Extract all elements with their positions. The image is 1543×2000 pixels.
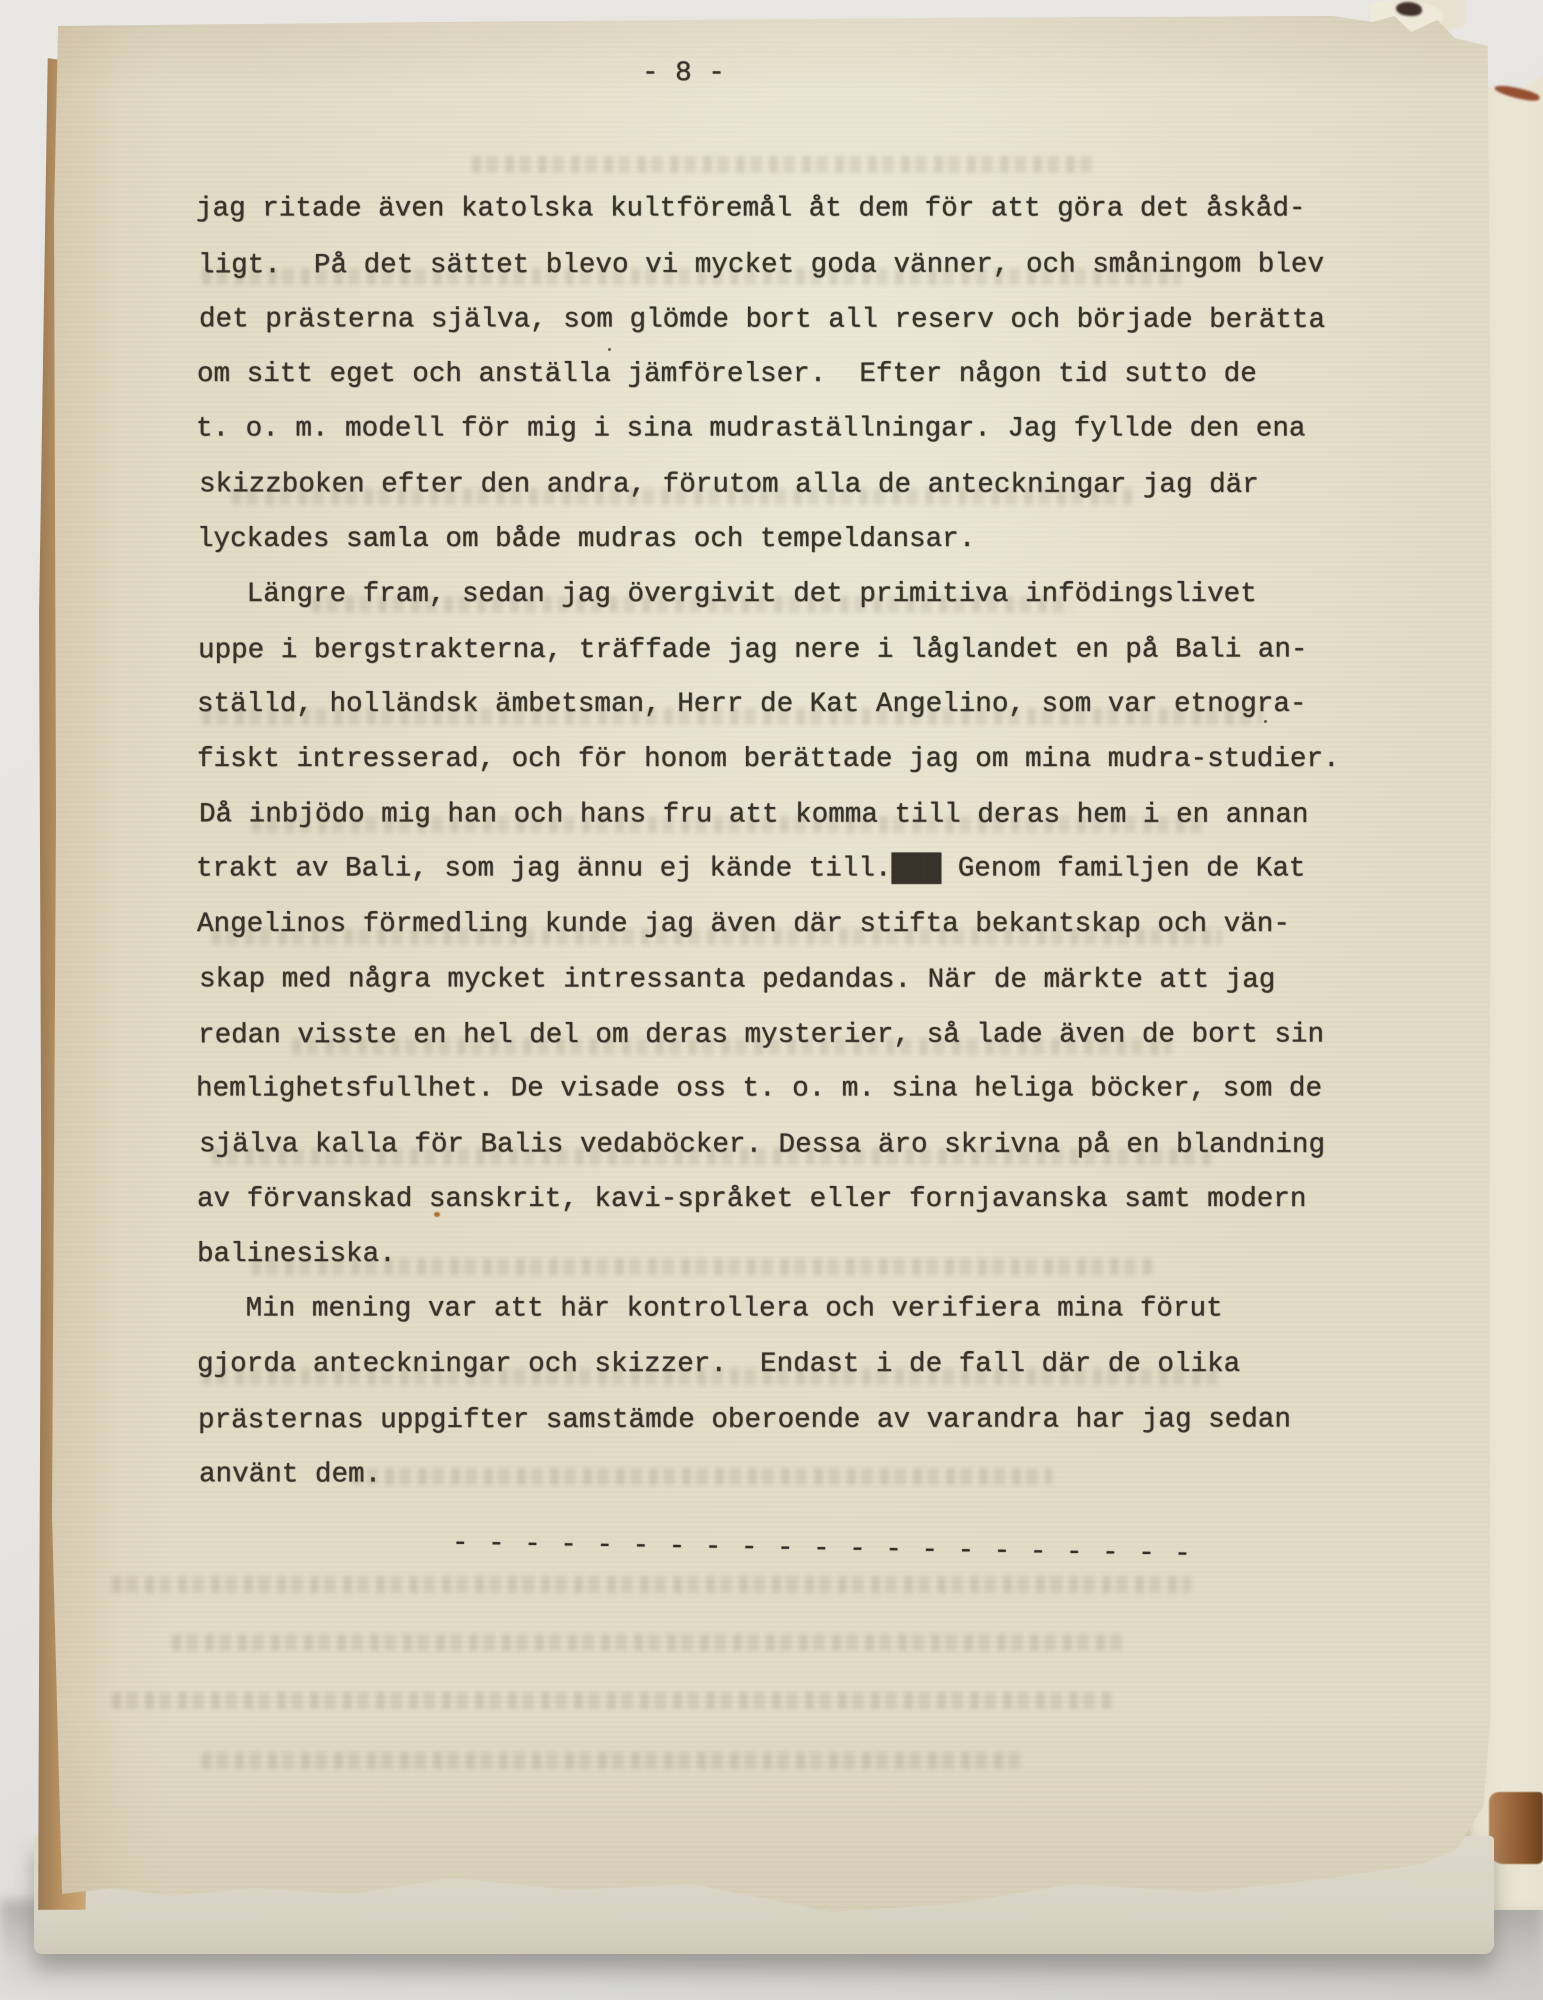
ghost-text-line bbox=[202, 1752, 1022, 1769]
paper-stain bbox=[434, 1212, 440, 1217]
scanned-document-photo: - 8 - jag ritade även katolska kultförem… bbox=[0, 0, 1543, 2000]
typed-line: av förvanskad sanskrit, kavi-språket ell… bbox=[197, 1172, 1407, 1227]
typewritten-page: - 8 - jag ritade även katolska kultförem… bbox=[52, 16, 1492, 1941]
typed-line: om sitt eget och anställa jämförelser. E… bbox=[197, 347, 1407, 402]
typed-line: gjorda anteckningar och skizzer. Endast … bbox=[197, 1337, 1407, 1392]
typed-text-block: jag ritade även katolska kultföremål åt … bbox=[197, 182, 1407, 1502]
typed-line: hemlighetsfullhet. De visade oss t. o. m… bbox=[196, 1061, 1406, 1116]
book-cover-fragment bbox=[1489, 1792, 1543, 1864]
dashed-separator: - - - - - - - - - - - - - - - - - - - - … bbox=[452, 1528, 1193, 1570]
typed-line: skap med några mycket intressanta pedand… bbox=[199, 952, 1409, 1008]
ghost-text-line bbox=[112, 1692, 1112, 1709]
typed-line: Min mening var att här kontrollera och v… bbox=[196, 1281, 1406, 1336]
typed-line: använt dem. bbox=[199, 1447, 1409, 1503]
typed-line: Längre fram, sedan jag övergivit det pri… bbox=[197, 567, 1407, 622]
typed-line: prästernas uppgifter samstämde oberoende… bbox=[198, 1392, 1408, 1448]
paper-stain bbox=[1264, 720, 1267, 723]
typed-line: lyckades samla om både mudras och tempel… bbox=[197, 512, 1407, 567]
typed-line: uppe i bergstrakterna, träffade jag nere… bbox=[198, 622, 1408, 678]
typed-line: fiskt intresserad, och för honom berätta… bbox=[197, 732, 1407, 787]
typed-line: skizzboken efter den andra, förutom alla… bbox=[199, 457, 1409, 513]
typed-line: det prästerna själva, som glömde bort al… bbox=[199, 292, 1409, 348]
typed-line: ligt. På det sättet blevo vi mycket goda… bbox=[198, 237, 1408, 293]
paper-stain bbox=[608, 348, 611, 351]
page-number: - 8 - bbox=[642, 56, 725, 92]
book-cover-fragment bbox=[1396, 2, 1422, 16]
typed-line: balinesiska. bbox=[197, 1227, 1407, 1282]
typed-line: Då inbjödo mig han och hans fru att komm… bbox=[199, 787, 1409, 843]
ghost-text-line bbox=[472, 156, 1092, 173]
typed-line: själva kalla för Balis vedaböcker. Dessa… bbox=[199, 1117, 1409, 1173]
ghost-text-line bbox=[172, 1634, 1122, 1651]
typed-line: t. o. m. modell för mig i sina mudrastäl… bbox=[196, 401, 1406, 456]
ghost-text-line bbox=[112, 1576, 1192, 1593]
typed-line: ställd, holländsk ämbetsman, Herr de Kat… bbox=[197, 677, 1407, 732]
typed-line: Angelinos förmedling kunde jag även där … bbox=[197, 897, 1407, 952]
typed-line: trakt av Bali, som jag ännu ej kände til… bbox=[196, 841, 1406, 896]
typed-line: redan visste en hel del om deras mysteri… bbox=[198, 1007, 1408, 1063]
typed-line: jag ritade även katolska kultföremål åt … bbox=[196, 181, 1406, 236]
